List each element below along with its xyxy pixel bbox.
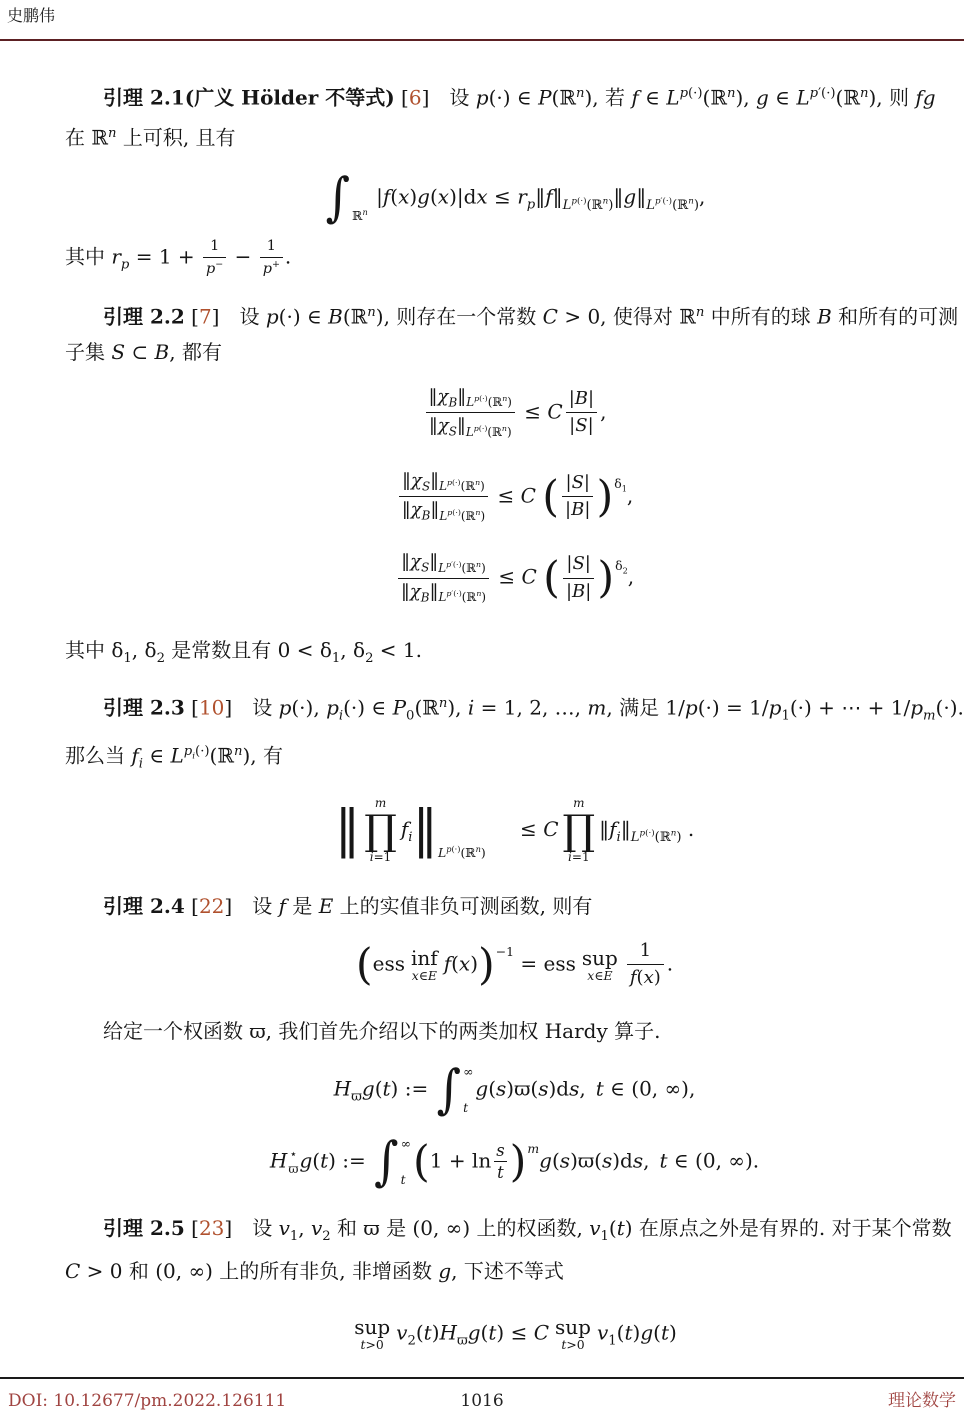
formula-chi-delta1: ‖χS‖Lp(·)(ℝn)‖χB‖Lp(·)(ℝn) ≤ C (|S||B|)δ… (65, 470, 964, 524)
lemma-2-3-heading-line: 引理 2.3 [10] 设 p(·), pi(·) ∈ P0(ℝn), i = … (65, 686, 964, 734)
footer: DOI: 10.12677/pm.2022.126111 1016 理论数学 (8, 1386, 956, 1411)
lemma-2-2-heading-line: 引理 2.2 [7] 设 p(·) ∈ B(ℝn), 则存在一个常数 C > 0… (65, 295, 964, 335)
formula-hardy-star-operator: H⋆ϖg(t) := ∫∞t(1 + lnst)mg(s)ϖ(s)ds, t ∈… (65, 1135, 964, 1189)
citation-6[interactable]: 6 (409, 86, 422, 110)
delta-constants-line: 其中 δ1, δ2 是常数且有 0 < δ1, δ2 < 1. (65, 633, 964, 676)
lemma-2-5-text-line: C > 0 和 (0, ∞) 上的所有非负, 非增函数 g, 下述不等式 (65, 1254, 964, 1289)
formula-sup-inequality: supt>0 v2(t)Hϖg(t) ≤ C supt>0 v1(t)g(t) (65, 1317, 964, 1351)
citation-22[interactable]: 22 (199, 894, 224, 918)
formula-chi-ratio: ‖χB‖Lp(·)(ℝn)‖χS‖Lp(·)(ℝn) ≤ C|B||S|, (65, 386, 964, 440)
lemma-2-2-text-line: 子集 S ⊂ B, 都有 (65, 335, 964, 370)
journal-name-link[interactable]: 理论数学 (504, 1386, 956, 1411)
citation-7[interactable]: 7 (199, 305, 212, 329)
weighted-hardy-intro-line: 给定一个权函数 ϖ, 我们首先介绍以下的两类加权 Hardy 算子. (65, 1014, 964, 1049)
paper-body: 引理 2.1(广义 Hölder 不等式) [6] 设 p(·) ∈ P(ℝn)… (65, 66, 964, 1351)
lemma-2-5-heading-line: 引理 2.5 [23] 设 v1, v2 和 ϖ 是 (0, ∞) 上的权函数,… (65, 1211, 964, 1254)
footer-rule (0, 1377, 964, 1379)
lemma-2-3-text-line: 那么当 fi ∈ Lpi(·)(ℝn), 有 (65, 734, 964, 782)
citation-23[interactable]: 23 (199, 1216, 224, 1240)
page-number: 1016 (460, 1391, 503, 1411)
formula-ess-inf-sup: (ess infx∈E f(x))−1 = ess supx∈E 1f(x). (65, 940, 964, 990)
paper-page: 史鹏伟 引理 2.1(广义 Hölder 不等式) [6] 设 p(·) ∈ P… (0, 0, 964, 1414)
lemma-2-4-heading-line: 引理 2.4 [22] 设 f 是 E 上的实值非负可测函数, 则有 (65, 889, 964, 924)
lemma-2-1-text-line: 在 ℝn 上可积, 且有 (65, 116, 964, 156)
rp-definition-line: 其中 rp = 1 + 1p− − 1p+. (65, 239, 964, 283)
formula-chi-delta2: ‖χS‖Lp′(·)(ℝn)‖χB‖Lp′(·)(ℝn) ≤ C (|S||B|… (65, 551, 964, 605)
formula-product-norm: ‖m∏i=1fi‖Lp(·)(ℝn) ≤ Cm∏i=1‖fi‖Lp(·)(ℝn)… (65, 796, 964, 865)
header-rule (0, 39, 964, 41)
lemma-2-1-heading-line: 引理 2.1(广义 Hölder 不等式) [6] 设 p(·) ∈ P(ℝn)… (65, 76, 964, 116)
formula-hardy-operator: Hϖg(t) := ∫∞tg(s)ϖ(s)ds, t ∈ (0, ∞), (65, 1063, 964, 1117)
formula-holder-inequality: ∫ ℝn |f(x)g(x)|dx ≤ rp‖f‖Lp(·)(ℝn)‖g‖Lp′… (65, 171, 964, 225)
doi-link[interactable]: DOI: 10.12677/pm.2022.126111 (8, 1391, 460, 1411)
citation-10[interactable]: 10 (199, 696, 224, 720)
running-head-author: 史鹏伟 (7, 3, 55, 26)
